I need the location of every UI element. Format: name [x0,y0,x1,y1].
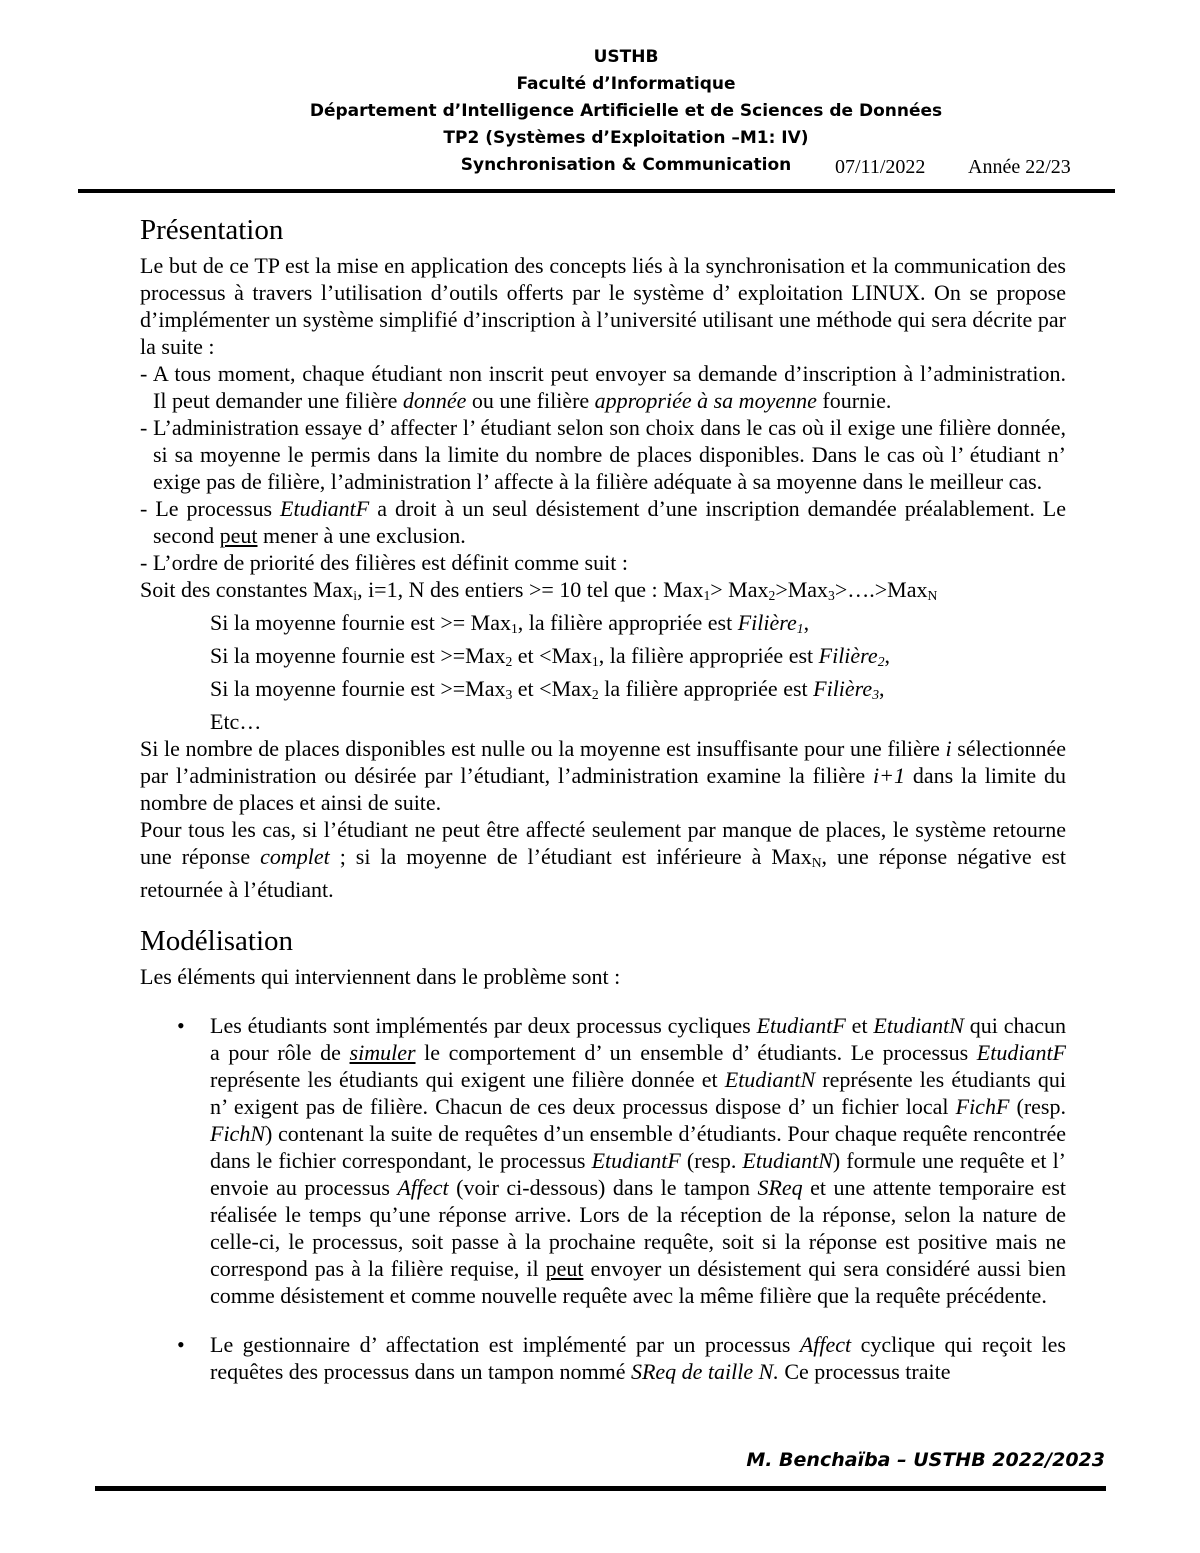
document-page: USTHB Faculté d’Informatique Département… [0,0,1200,1553]
indented-line: Si la moyenne fournie est >=Max3 et <Max… [140,675,1066,708]
text-segment: 2 [878,654,885,669]
document-body: PrésentationLe but de ce TP est la mise … [140,210,1066,1385]
section-heading: Présentation [140,212,1066,248]
text-segment: et <Max [512,643,592,668]
text-segment: représente les étudiants qui exigent une… [210,1067,725,1092]
text-segment: Si la moyenne fournie est >=Max [210,676,505,701]
text-segment: , i=1, N des entiers >= 10 tel que : Max [357,577,703,602]
text-line: Soit des constantes Maxi, i=1, N des ent… [140,576,1066,609]
text-segment: EtudiantF [977,1040,1066,1065]
text-segment: FichF [956,1094,1010,1119]
text-segment: le comportement d’ un ensemble d’ étudia… [416,1040,977,1065]
text-segment: N [812,855,822,870]
text-segment: SReq de taille N. [631,1359,779,1384]
header-faculty: Faculté d’Informatique [26,71,1200,98]
dash-list-item: - Le processus EtudiantF a droit à un se… [140,495,1066,549]
text-segment: , la filière appropriée est [518,610,738,635]
text-segment: EtudiantN [725,1067,815,1092]
text-segment: Soit des constantes Max [140,577,353,602]
document-header: USTHB Faculté d’Informatique Département… [0,44,1200,179]
text-segment: EtudiantN [873,1013,963,1038]
text-segment: Le gestionnaire d’ affectation est implé… [210,1332,800,1357]
text-segment: , [879,676,885,701]
text-segment: SReq [757,1175,802,1200]
dash-list-item: - A tous moment, chaque étudiant non ins… [140,360,1066,414]
text-segment: Les étudiants sont implémentés par deux … [210,1013,757,1038]
text-segment: Affect [397,1175,448,1200]
dash-marker: - [140,496,155,521]
text-segment: peut [546,1256,584,1281]
document-title: Synchronisation & Communication [461,152,792,179]
text-segment: Etc… [210,709,261,734]
text-segment: EtudiantF [280,496,369,521]
text-segment: (resp. [681,1148,743,1173]
text-segment: , [885,643,891,668]
bullet-list-item: •Les étudiants sont implémentés par deux… [140,1012,1066,1309]
header-course: TP2 (Systèmes d’Exploitation –M1: IV) [26,125,1200,152]
paragraph: Le but de ce TP est la mise en applicati… [140,252,1066,360]
header-date: 07/11/2022 [835,154,925,181]
text-segment: >Max [775,577,828,602]
indented-line: Etc… [140,708,1066,735]
text-segment: simuler [350,1040,416,1065]
text-segment: ; si la moyenne de l’étudiant est inféri… [330,844,812,869]
text-segment: EtudiantF [592,1148,681,1173]
paragraph: Si le nombre de places disponibles est n… [140,735,1066,816]
text-segment: Si le nombre de places disponibles est n… [140,736,946,761]
text-segment: fournie. [817,388,892,413]
text-segment: FichN [210,1121,265,1146]
text-segment: 1 [511,621,518,636]
text-segment: peut [220,523,258,548]
text-segment: donnée [403,388,467,413]
text-segment: , [804,610,810,635]
paragraph: Pour tous les cas, si l’étudiant ne peut… [140,816,1066,903]
text-segment: Le processus [155,496,280,521]
text-segment: complet [260,844,330,869]
text-segment: Filière [819,643,878,668]
text-segment: Le but de ce TP est la mise en applicati… [140,253,1066,359]
text-segment: L’ordre de priorité des filières est déf… [153,550,628,575]
footer-credit: M. Benchaïba – USTHB 2022/2023 [0,1447,1105,1474]
dash-marker: - [140,361,153,386]
section-heading: Modélisation [140,923,1066,959]
text-segment: mener à une exclusion. [257,523,465,548]
text-segment: N [928,588,938,603]
bullet-icon: • [177,1331,185,1358]
indented-line: Si la moyenne fournie est >= Max1, la fi… [140,609,1066,642]
dash-list-item: - L’ordre de priorité des filières est d… [140,549,1066,576]
footer-rule [95,1486,1106,1491]
text-segment: i+1 [873,763,905,788]
text-segment: appropriée à sa moyenne [595,388,817,413]
bullet-list-item: •Le gestionnaire d’ affectation est impl… [140,1331,1066,1385]
text-segment: Affect [800,1332,851,1357]
text-segment: Si la moyenne fournie est >=Max [210,643,505,668]
text-segment: EtudiantN [742,1148,832,1173]
text-segment: (voir ci-dessous) dans le tampon [449,1175,758,1200]
text-segment: et <Max [512,676,592,701]
dash-marker: - [140,550,153,575]
text-segment: 2 [592,687,599,702]
text-segment: > Max [710,577,768,602]
paragraph: Les éléments qui interviennent dans le p… [140,963,1066,990]
bullet-icon: • [177,1012,185,1039]
text-segment: et [846,1013,874,1038]
text-segment: (resp. [1009,1094,1066,1119]
header-rule [78,189,1115,193]
header-title-row: Synchronisation & Communication 07/11/20… [0,152,1200,179]
text-segment: 3 [872,687,879,702]
header-department: Département d’Intelligence Artificielle … [26,98,1200,125]
text-segment: Filière [738,610,797,635]
text-segment: 3 [828,588,835,603]
text-segment: EtudiantF [757,1013,846,1038]
text-segment: , la filière appropriée est [599,643,819,668]
text-segment: Filière [813,676,872,701]
text-segment: Les éléments qui interviennent dans le p… [140,964,620,989]
text-segment: L’administration essaye d’ affecter l’ é… [153,415,1066,494]
header-university: USTHB [26,44,1200,71]
text-segment: 1 [797,621,804,636]
dash-marker: - [140,415,153,440]
text-segment: Ce processus traite [779,1359,951,1384]
text-segment: Si la moyenne fournie est >= Max [210,610,511,635]
text-segment: ou une filière [466,388,594,413]
header-year: Année 22/23 [968,154,1071,181]
text-segment: 1 [592,654,599,669]
text-segment: >….>Max [835,577,928,602]
text-segment: la filière appropriée est [599,676,813,701]
dash-list-item: - L’administration essaye d’ affecter l’… [140,414,1066,495]
indented-line: Si la moyenne fournie est >=Max2 et <Max… [140,642,1066,675]
